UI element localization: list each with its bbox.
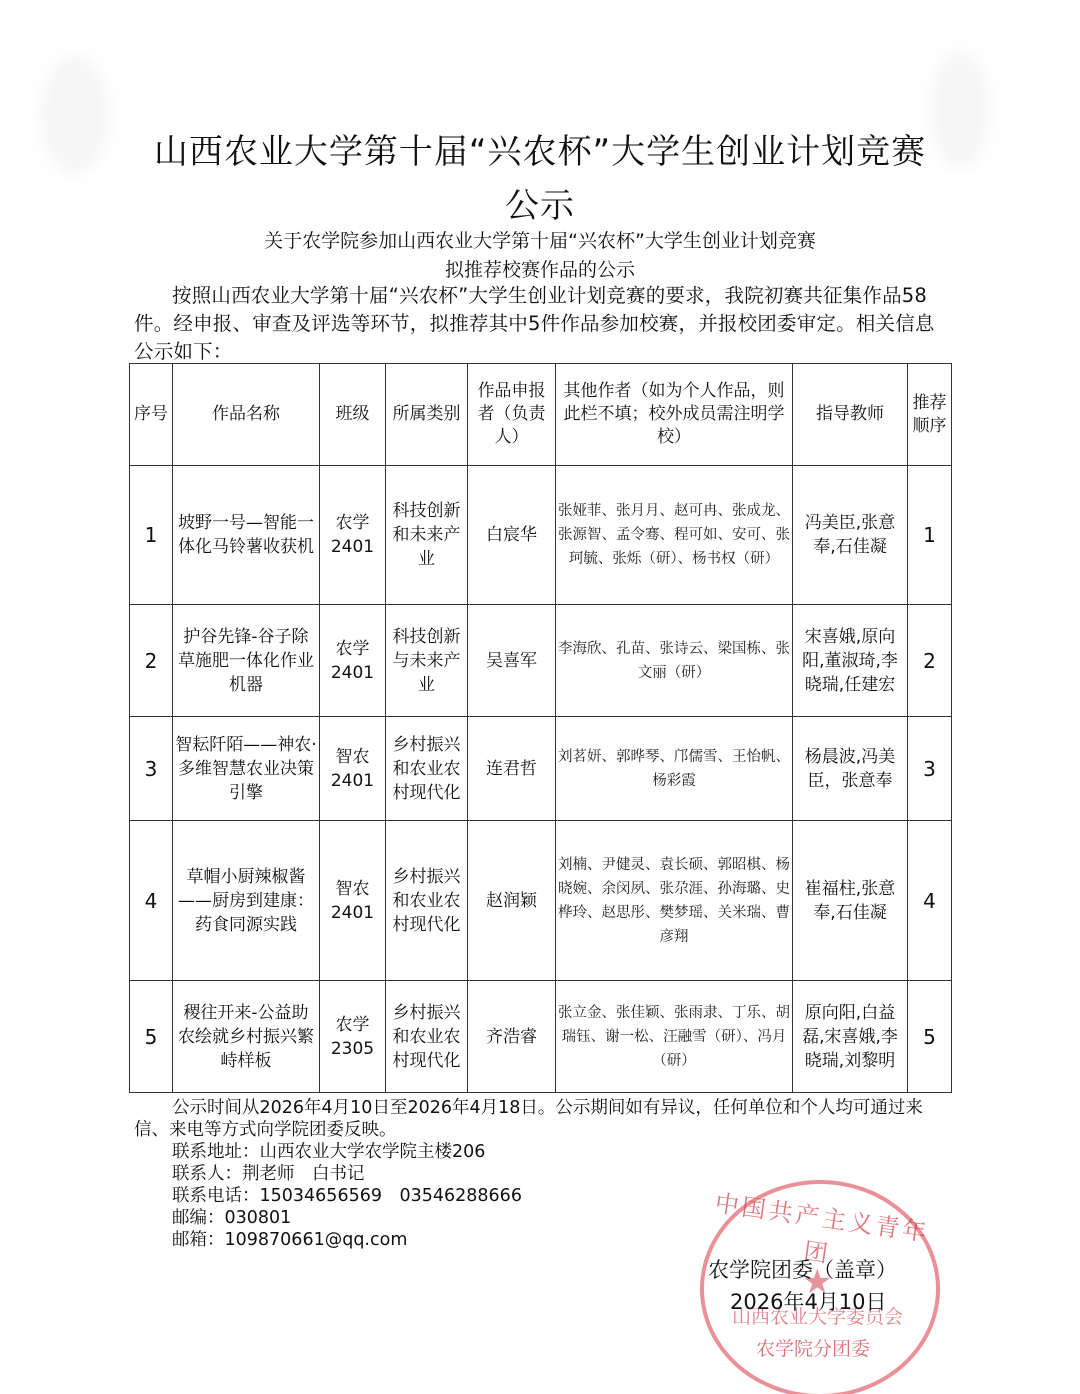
cell-rank: 4 [908, 821, 952, 981]
cell-category: 乡村振兴和农业农村现代化 [386, 717, 468, 821]
cell-name: 智耘阡陌——神农·多维智慧农业决策引擎 [173, 717, 320, 821]
cell-others: 张娅菲、张月月、赵可冉、张成龙、张源智、孟令骞、程可如、安可、张珂毓、张烁（研）… [556, 466, 793, 605]
document-title-notice: 公示 [0, 178, 1080, 227]
cell-category: 乡村振兴和农业农村现代化 [386, 821, 468, 981]
table-header-row: 序号 作品名称 班级 所属类别 作品申报者（负责人） 其他作者（如为个人作品，则… [130, 364, 952, 466]
cell-rank: 1 [908, 466, 952, 605]
header-advisors: 指导教师 [793, 364, 908, 466]
header-others: 其他作者（如为个人作品，则此栏不填；校外成员需注明学校） [556, 364, 793, 466]
cell-leader: 赵润颖 [468, 821, 556, 981]
header-name: 作品名称 [173, 364, 320, 466]
cell-others: 李海欣、孔苗、张诗云、梁国栋、张文丽（研） [556, 605, 793, 717]
cell-advisors: 崔福柱,张意奉,石佳凝 [793, 821, 908, 981]
cell-class: 智农2401 [320, 717, 386, 821]
cell-class: 智农2401 [320, 821, 386, 981]
cell-name: 草帽小厨辣椒酱——厨房到建康：药食同源实践 [173, 821, 320, 981]
cell-rank: 3 [908, 717, 952, 821]
cell-seq: 3 [130, 717, 173, 821]
cell-name: 坡野一号—智能一体化马铃薯收获机 [173, 466, 320, 605]
table-row: 4 草帽小厨辣椒酱——厨房到建康：药食同源实践 智农2401 乡村振兴和农业农村… [130, 821, 952, 981]
cell-others: 刘茗妍、郭晔琴、邝儒雪、王怡帆、杨彩霞 [556, 717, 793, 821]
document-subtitle-line2: 拟推荐校赛作品的公示 [0, 255, 1080, 282]
recommended-works-table: 序号 作品名称 班级 所属类别 作品申报者（负责人） 其他作者（如为个人作品，则… [129, 363, 952, 1093]
signature-date: 2026年4月10日 [708, 1286, 897, 1318]
signature-block: 农学院团委（盖章） 2026年4月10日 [708, 1254, 897, 1318]
document-title: 山西农业大学第十届“兴农杯”大学生创业计划竞赛 [0, 124, 1080, 173]
table-row: 5 稷往开来-公益助农绘就乡村振兴繁峙样板 农学2305 乡村振兴和农业农村现代… [130, 981, 952, 1093]
cell-leader: 吴喜军 [468, 605, 556, 717]
table-row: 3 智耘阡陌——神农·多维智慧农业决策引擎 智农2401 乡村振兴和农业农村现代… [130, 717, 952, 821]
cell-advisors: 原向阳,白益磊,宋喜娥,李晓瑞,刘黎明 [793, 981, 908, 1093]
cell-class: 农学2401 [320, 605, 386, 717]
cell-category: 乡村振兴和农业农村现代化 [386, 981, 468, 1093]
cell-others: 刘楠、尹健灵、袁长硕、郭昭棋、杨晓婉、余闵夙、张尕涯、孙海璐、史桦玲、赵思彤、樊… [556, 821, 793, 981]
cell-leader: 连君哲 [468, 717, 556, 821]
seal-bottom-text: 农学院分团委 [756, 1334, 870, 1361]
contact-address: 联系地址：山西农业大学农学院主楼206 [134, 1141, 954, 1163]
cell-advisors: 宋喜娥,原向阳,董淑琦,李晓瑞,任建宏 [793, 605, 908, 717]
cell-rank: 5 [908, 981, 952, 1093]
cell-seq: 2 [130, 605, 173, 717]
cell-name: 护谷先锋-谷子除草施肥一体化作业机器 [173, 605, 320, 717]
header-class: 班级 [320, 364, 386, 466]
header-leader: 作品申报者（负责人） [468, 364, 556, 466]
header-category: 所属类别 [386, 364, 468, 466]
cell-class: 农学2401 [320, 466, 386, 605]
signature-org: 农学院团委（盖章） [708, 1254, 897, 1286]
header-rank: 推荐顺序 [908, 364, 952, 466]
header-seq: 序号 [130, 364, 173, 466]
cell-name: 稷往开来-公益助农绘就乡村振兴繁峙样板 [173, 981, 320, 1093]
cell-leader: 齐浩睿 [468, 981, 556, 1093]
cell-advisors: 杨晨波,冯美臣，张意奉 [793, 717, 908, 821]
cell-leader: 白宸华 [468, 466, 556, 605]
cell-advisors: 冯美臣,张意奉,石佳凝 [793, 466, 908, 605]
cell-seq: 4 [130, 821, 173, 981]
cell-seq: 1 [130, 466, 173, 605]
table-row: 2 护谷先锋-谷子除草施肥一体化作业机器 农学2401 科技创新与未来产业 吴喜… [130, 605, 952, 717]
cell-category: 科技创新和未来产业 [386, 466, 468, 605]
cell-class: 农学2305 [320, 981, 386, 1093]
cell-category: 科技创新与未来产业 [386, 605, 468, 717]
cell-rank: 2 [908, 605, 952, 717]
cell-seq: 5 [130, 981, 173, 1093]
table-row: 1 坡野一号—智能一体化马铃薯收获机 农学2401 科技创新和未来产业 白宸华 … [130, 466, 952, 605]
notice-period: 公示时间从2026年4月10日至2026年4月18日。公示期间如有异议，任何单位… [134, 1097, 954, 1141]
document-subtitle-line1: 关于农学院参加山西农业大学第十届“兴农杯”大学生创业计划竞赛 [0, 226, 1080, 253]
cell-others: 张立金、张佳颖、张雨隶、丁乐、胡瑞钰、谢一松、汪融雪（研）、冯月（研） [556, 981, 793, 1093]
intro-paragraph: 按照山西农业大学第十届“兴农杯”大学生创业计划竞赛的要求，我院初赛共征集作品58… [134, 282, 954, 366]
